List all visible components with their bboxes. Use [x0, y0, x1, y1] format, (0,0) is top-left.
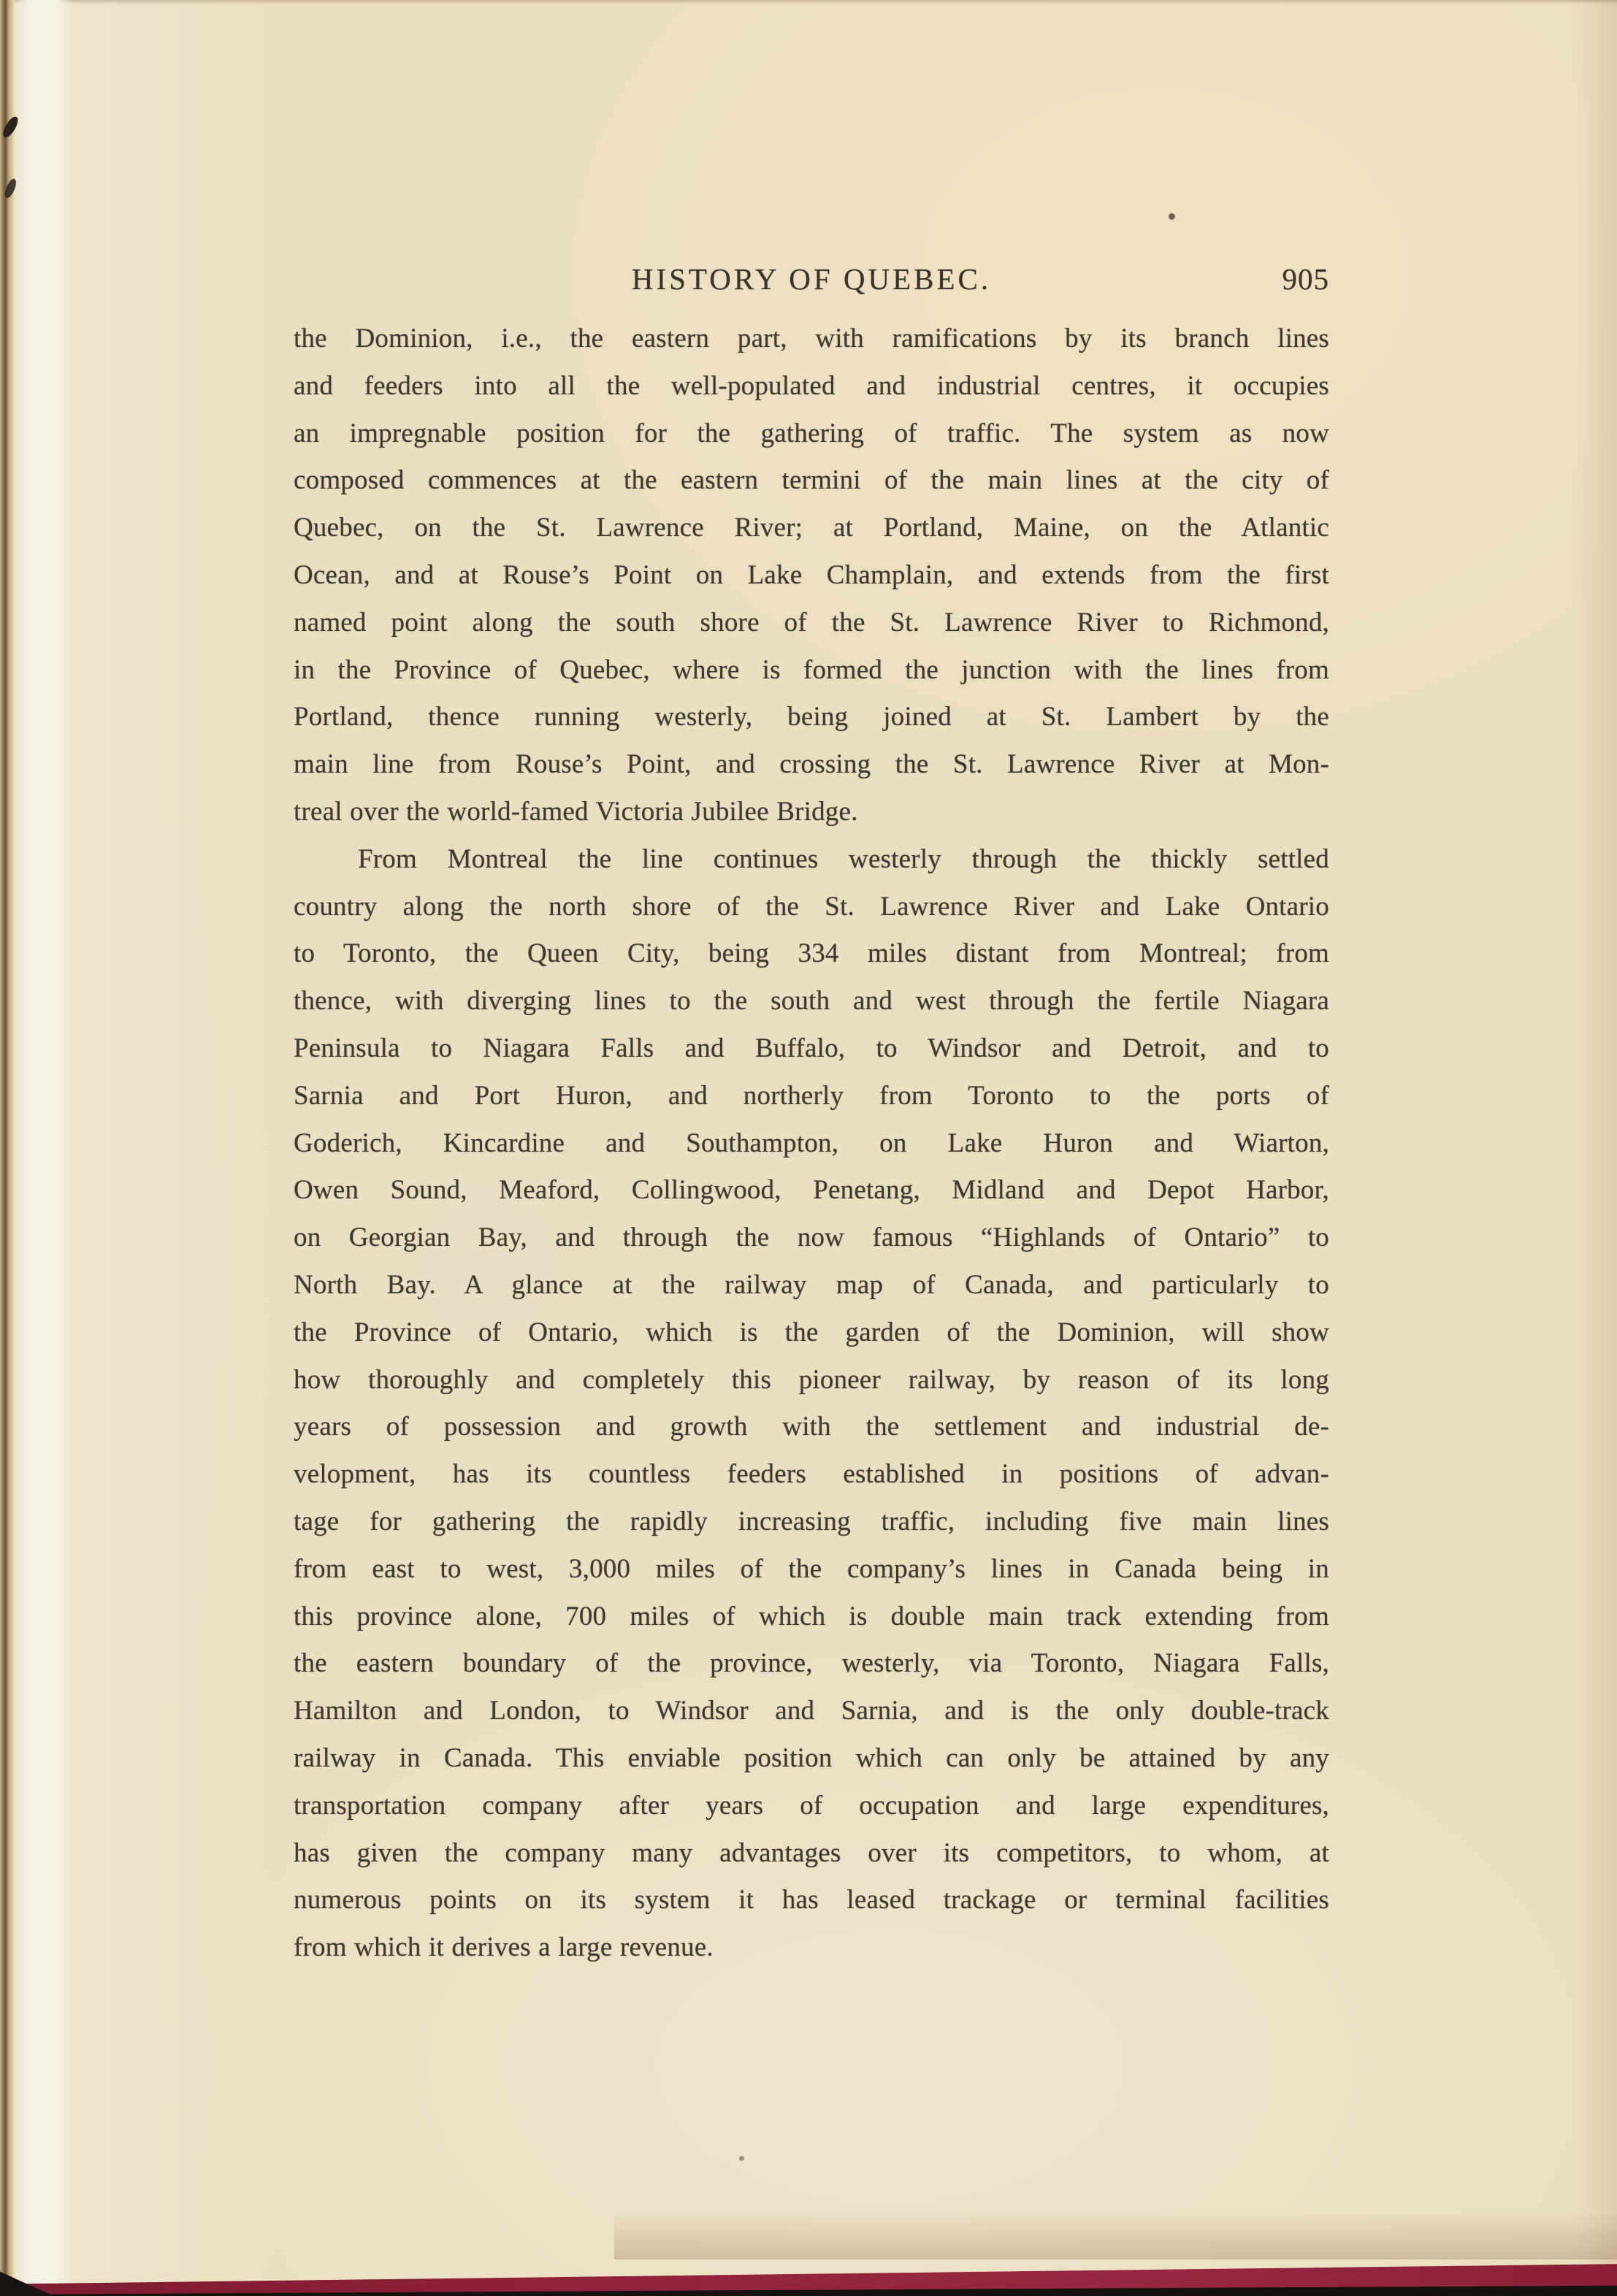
text-line: in the Province of Quebec, where is form…: [294, 647, 1329, 694]
text-line: Portland, thence running westerly, being…: [294, 694, 1329, 741]
page-number: 905: [1282, 260, 1330, 298]
text-line: Sarnia and Port Huron, and northerly fro…: [294, 1073, 1329, 1120]
text-line: railway in Canada. This enviable positio…: [294, 1735, 1329, 1783]
text-line: named point along the south shore of the…: [294, 600, 1329, 647]
text-line: from which it derives a large revenue.: [294, 1924, 1329, 1972]
text-line: Quebec, on the St. Lawrence River; at Po…: [294, 505, 1329, 552]
paper-dust-speck: [1169, 213, 1175, 220]
text-line: country along the north shore of the St.…: [294, 884, 1329, 931]
text-line: composed commences at the eastern termin…: [294, 457, 1329, 505]
paragraph-from-montreal: From Montreal the line continues westerl…: [294, 836, 1329, 1972]
page-curve-shadow: [614, 2211, 1617, 2259]
paragraph-continuation: the Dominion, i.e., the eastern part, wi…: [294, 315, 1329, 836]
text-line: Goderich, Kincardine and Southampton, on…: [294, 1120, 1329, 1168]
text-line: this province alone, 700 miles of which …: [294, 1593, 1329, 1641]
text-line: an impregnable position for the gatherin…: [294, 410, 1329, 458]
text-line: the Dominion, i.e., the eastern part, wi…: [294, 315, 1329, 363]
paper-dust-speck: [739, 2156, 744, 2161]
text-line: North Bay. A glance at the railway map o…: [294, 1262, 1329, 1309]
text-line: from east to west, 3,000 miles of the co…: [294, 1546, 1329, 1593]
text-line: has given the company many advantages ov…: [294, 1830, 1329, 1878]
text-line: the eastern boundary of the province, we…: [294, 1640, 1329, 1688]
page-edge-strip: [13, 0, 72, 2296]
text-line: velopment, has its countless feeders est…: [294, 1451, 1329, 1499]
text-line: and feeders into all the well-populated …: [294, 363, 1329, 410]
text-line: From Montreal the line continues westerl…: [294, 836, 1329, 884]
running-title: HISTORY OF QUEBEC.: [294, 260, 1329, 298]
text-line: Peninsula to Niagara Falls and Buffalo, …: [294, 1025, 1329, 1073]
text-line: to Toronto, the Queen City, being 334 mi…: [294, 930, 1329, 978]
text-line: how thoroughly and completely this pione…: [294, 1357, 1329, 1404]
text-line: the Province of Ontario, which is the ga…: [294, 1309, 1329, 1357]
text-line: on Georgian Bay, and through the now fam…: [294, 1214, 1329, 1262]
text-line: Hamilton and London, to Windsor and Sarn…: [294, 1688, 1329, 1735]
text-block: the Dominion, i.e., the eastern part, wi…: [294, 315, 1329, 1972]
book-page-scan: HISTORY OF QUEBEC. 905 the Dominion, i.e…: [0, 0, 1617, 2296]
text-line: main line from Rouse’s Point, and crossi…: [294, 741, 1329, 789]
text-line: Owen Sound, Meaford, Collingwood, Peneta…: [294, 1167, 1329, 1214]
binding-edge: [0, 0, 15, 2296]
text-line: thence, with diverging lines to the sout…: [294, 978, 1329, 1025]
book-cover-bottom: [0, 2259, 1617, 2296]
text-line: transportation company after years of oc…: [294, 1783, 1329, 1830]
text-line: treal over the world-famed Victoria Jubi…: [294, 789, 1329, 836]
page-header: HISTORY OF QUEBEC. 905: [294, 260, 1329, 298]
text-line: numerous points on its system it has lea…: [294, 1877, 1329, 1924]
text-line: years of possession and growth with the …: [294, 1404, 1329, 1451]
text-line: Ocean, and at Rouse’s Point on Lake Cham…: [294, 552, 1329, 600]
text-line: tage for gathering the rapidly increasin…: [294, 1499, 1329, 1546]
